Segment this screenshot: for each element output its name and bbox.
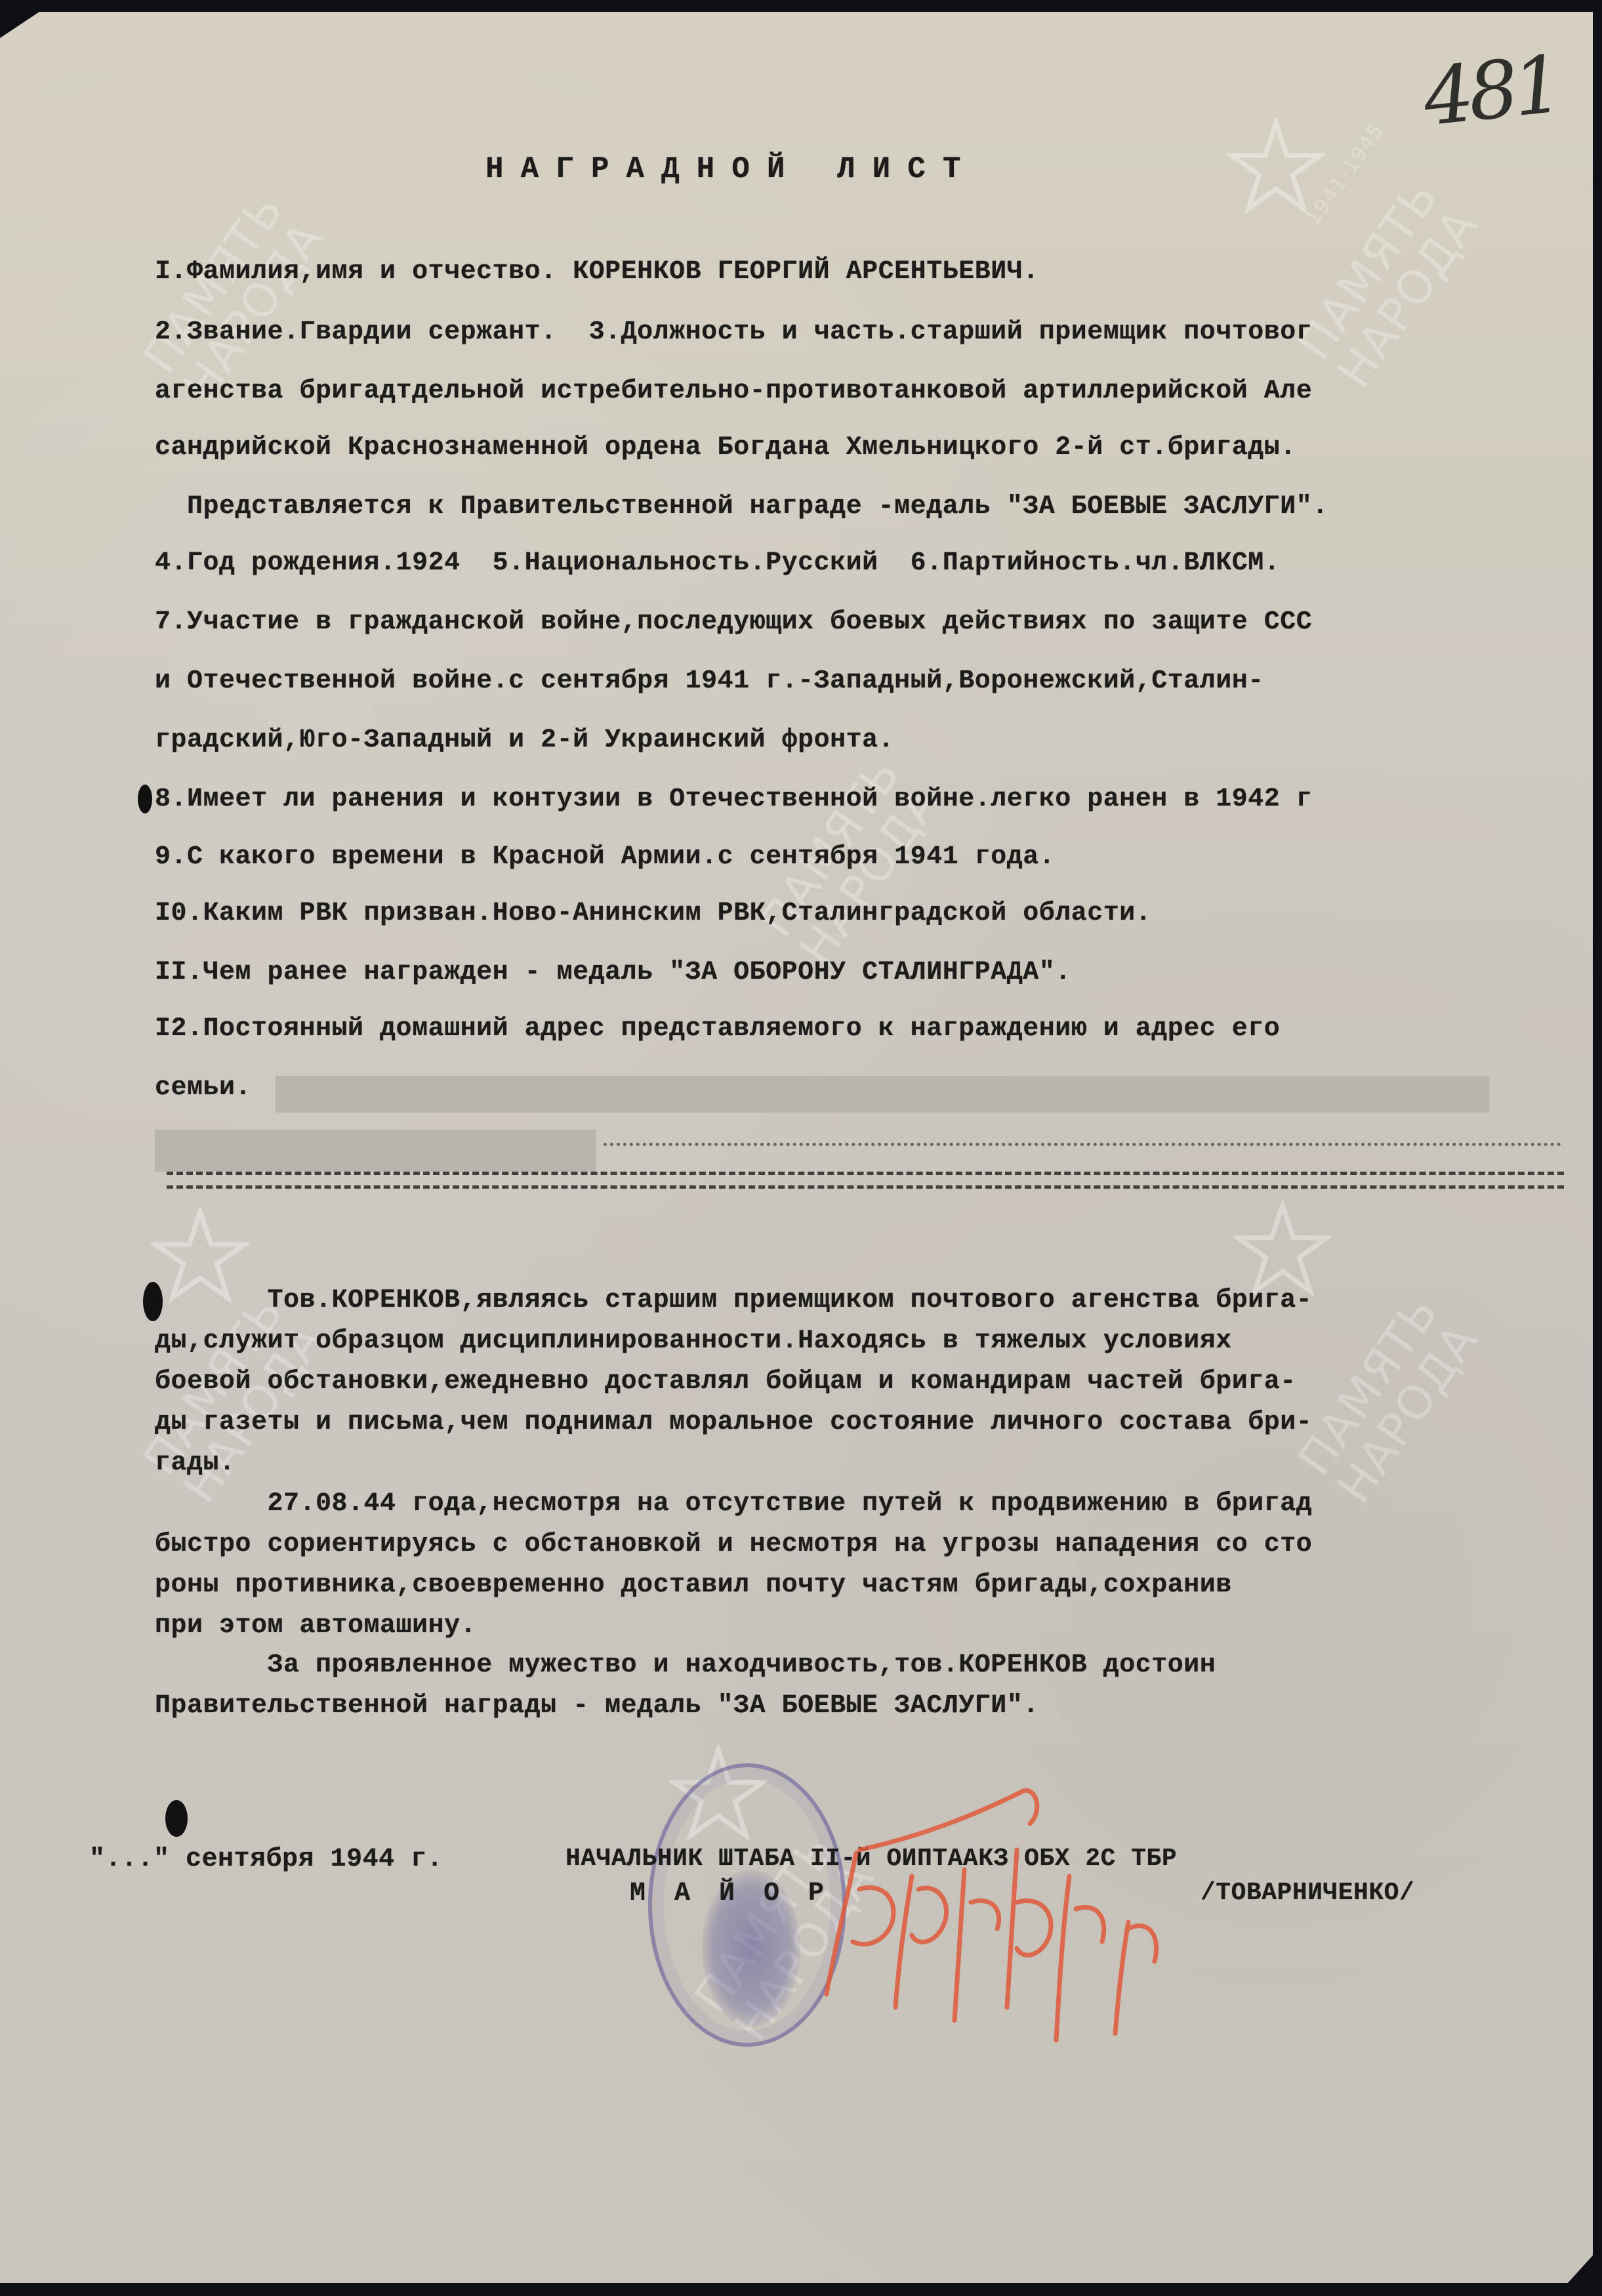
narrative-line: быстро сориентируясь с обстановкой и нес… xyxy=(155,1530,1312,1559)
document-date: "..." сентября 1944 г. xyxy=(89,1845,443,1874)
field-war-participation-3: градский,Юго-Западный и 2-й Украинский ф… xyxy=(155,726,894,755)
narrative-line: при этом автомашину. xyxy=(155,1611,476,1641)
field-full-name: I.Фамилия,имя и отчество. КОРЕНКОВ ГЕОРГ… xyxy=(155,257,1039,287)
ink-blot xyxy=(138,785,152,813)
ink-blot xyxy=(165,1800,188,1837)
ink-blot xyxy=(143,1282,163,1321)
document-title: НАГРАДНОЙ ЛИСТ xyxy=(485,152,977,186)
field-unit-line-1: агенства бригадтдельной истребительно-пр… xyxy=(155,377,1312,406)
narrative-line: За проявленное мужество и находчивость,т… xyxy=(155,1650,1216,1680)
narrative-line: ды газеты и письма,чем поднимал морально… xyxy=(155,1408,1312,1437)
redacted-address xyxy=(155,1130,596,1172)
narrative-line: гады. xyxy=(155,1448,236,1478)
dotted-rule xyxy=(604,1143,1561,1146)
field-family-label: семьи. xyxy=(155,1073,251,1103)
field-war-participation-1: 7.Участие в гражданской войне,последующи… xyxy=(155,607,1312,637)
narrative-line: боевой обстановки,ежедневно доставлял бо… xyxy=(155,1367,1296,1397)
scan-frame-edge xyxy=(1593,0,1602,2296)
field-previous-awards: II.Чем ранее награжден - медаль "ЗА ОБОР… xyxy=(155,958,1071,987)
signatory-rank: М А Й О Р xyxy=(630,1879,831,1908)
section-divider xyxy=(167,1172,1564,1189)
narrative-line: Правительственной награды - медаль "ЗА Б… xyxy=(155,1691,1039,1721)
field-birth-nationality-party: 4.Год рождения.1924 5.Национальность.Рус… xyxy=(155,548,1280,578)
archive-number: 481 xyxy=(1419,39,1562,144)
field-wounds: 8.Имеет ли ранения и контузии в Отечеств… xyxy=(155,785,1312,814)
field-home-address: I2.Постоянный домашний адрес представляе… xyxy=(155,1014,1280,1044)
narrative-line: роны противника,своевременно доставил по… xyxy=(155,1570,1232,1600)
field-war-participation-2: и Отечественной войне.с сентября 1941 г.… xyxy=(155,666,1264,696)
narrative-line: Тов.КОРЕНКОВ,являясь старшим приемщиком … xyxy=(155,1286,1312,1315)
redacted-address xyxy=(276,1076,1489,1113)
field-rank-position: 2.Звание.Гвардии сержант. 3.Должность и … xyxy=(155,318,1312,347)
field-drafted-by: I0.Каким РВК призван.Ново-Анинским РВК,С… xyxy=(155,899,1151,928)
field-service-since: 9.С какого времени в Красной Армии.с сен… xyxy=(155,842,1055,872)
field-nominated-award: Представляется к Правительственной награ… xyxy=(155,492,1328,522)
narrative-line: 27.08.44 года,несмотря на отсутствие пут… xyxy=(155,1489,1312,1519)
signatory-position: НАЧАЛЬНИК ШТАБА II-й ОИПТААКЗ ОБХ 2С ТБР xyxy=(565,1845,1177,1873)
field-unit-line-2: сандрийской Краснознаменной ордена Богда… xyxy=(155,433,1296,462)
narrative-line: ды,служит образцом дисциплинированности.… xyxy=(155,1326,1232,1356)
signatory-name: /ТОВАРНИЧЕНКО/ xyxy=(1201,1879,1414,1907)
